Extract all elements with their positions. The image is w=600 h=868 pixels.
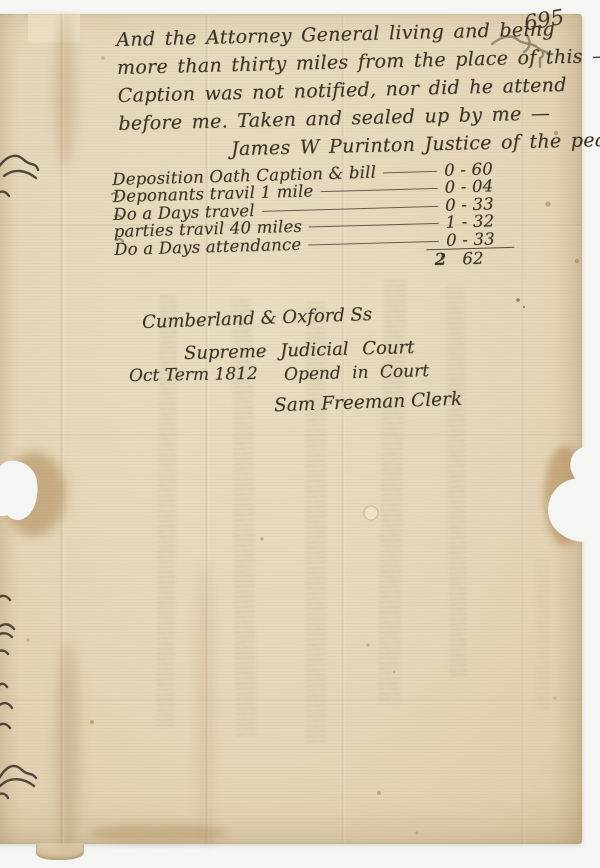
- stain: [196, 560, 214, 850]
- bottom-edge-flap: [36, 843, 84, 860]
- fee-amount: 0 - 33: [446, 228, 511, 249]
- fee-leader: [309, 223, 439, 228]
- stain: [88, 824, 228, 842]
- fold-crease-horizontal: [0, 434, 582, 438]
- fee-total-row: 2 62: [426, 247, 515, 269]
- document-scan: 695 And the Attorney General living and …: [0, 0, 600, 868]
- fee-table: Deposition Oath Caption & bill 0 - 60 De…: [112, 159, 511, 278]
- term-date: Oct Term 1812: [129, 364, 258, 386]
- fee-total-dollars: 2: [434, 250, 446, 269]
- fold-crease-horizontal: [0, 818, 582, 822]
- fee-leader: [383, 171, 437, 174]
- opened-in-court-note: Opend in Court: [284, 361, 430, 385]
- stain: [54, 16, 76, 166]
- fee-leader: [262, 206, 438, 212]
- fee-leader: [320, 188, 437, 192]
- fold-crease-horizontal: [0, 699, 582, 703]
- fee-total-cents: 62: [462, 249, 484, 269]
- stain: [56, 640, 80, 850]
- ghost-writing-column: [447, 287, 468, 679]
- fee-leader: [308, 240, 439, 245]
- closing-statement: And the Attorney General living and bein…: [116, 15, 589, 166]
- ghost-writing-column: [536, 560, 550, 710]
- ghost-writing-column: [156, 296, 178, 726]
- fee-item-label: Do a Days attendance: [114, 234, 302, 258]
